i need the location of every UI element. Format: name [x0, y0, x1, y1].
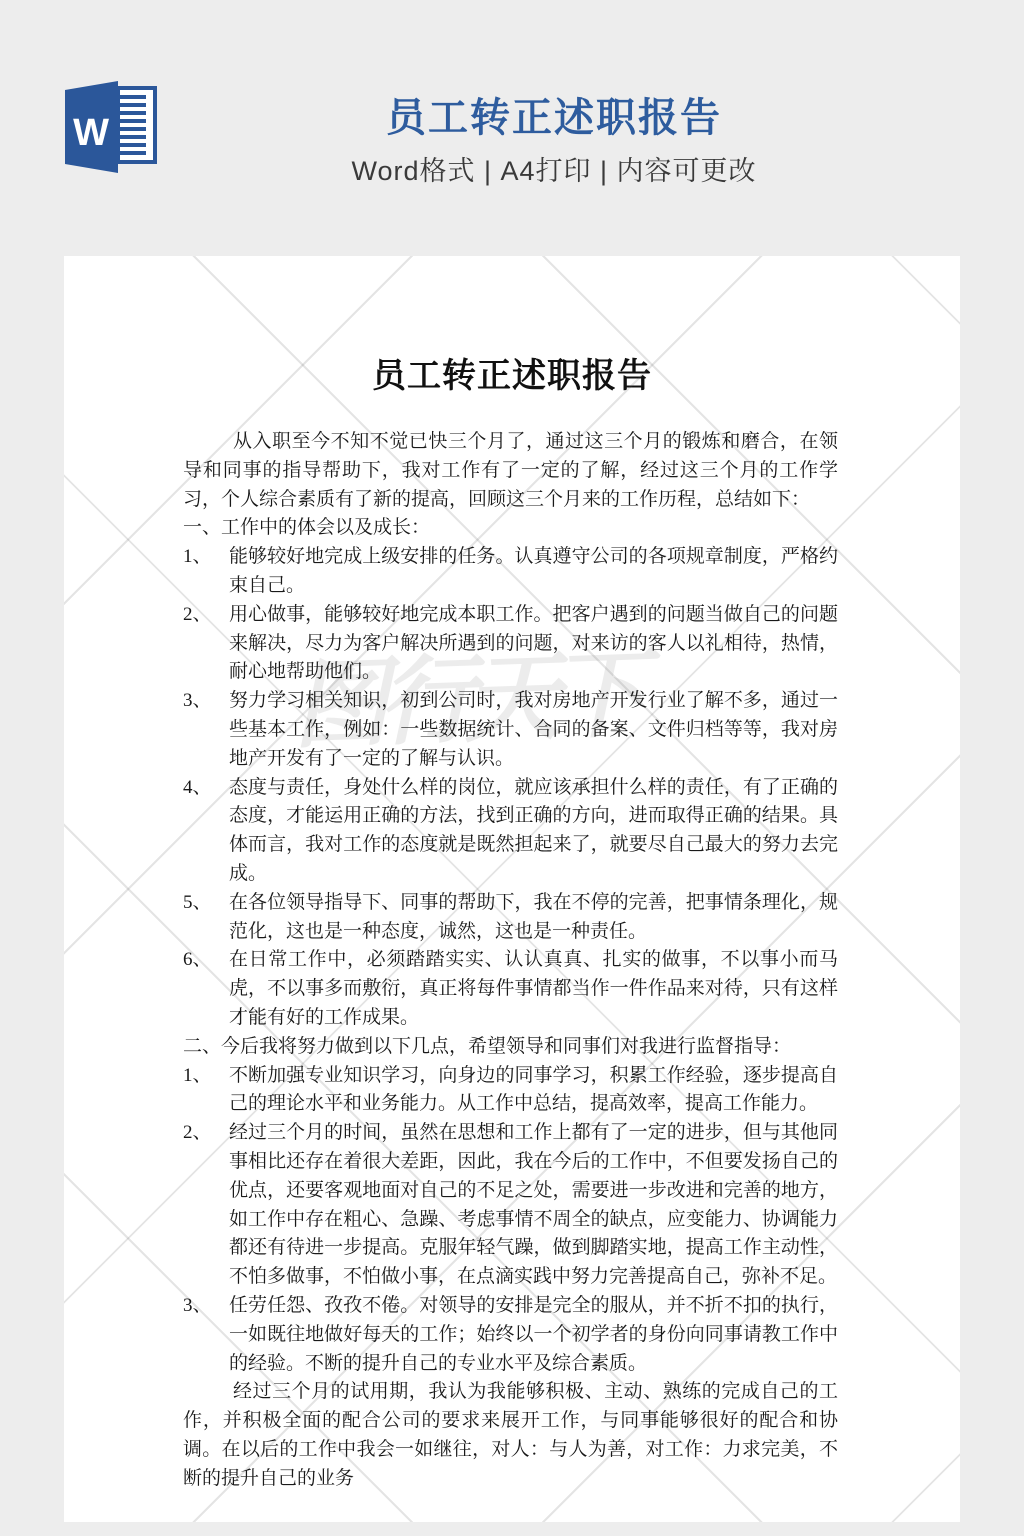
- list-item: 3、任劳任怨、孜孜不倦。对领导的安排是完全的服从，并不折不扣的执行，一如既往地做…: [183, 1292, 838, 1378]
- list-item: 6、在日常工作中，必须踏踏实实、认认真真、扎实的做事，不以事小而马虎，不以事多而…: [183, 946, 838, 1032]
- header-text: 员工转正述职报告 Word格式 | A4打印 | 内容可更改: [84, 96, 1024, 186]
- list-text: 能够较好地完成上级安排的任务。认真遵守公司的各项规章制度，严格约束自己。: [229, 546, 838, 596]
- list-text: 经过三个月的时间，虽然在思想和工作上都有了一定的进步，但与其他同事相比还存在着很…: [229, 1122, 838, 1287]
- list-item: 5、在各位领导指导下、同事的帮助下，我在不停的完善，把事情条理化，规范化，这也是…: [183, 889, 838, 947]
- list-text: 在各位领导指导下、同事的帮助下，我在不停的完善，把事情条理化，规范化，这也是一种…: [229, 892, 838, 942]
- list-number: 2、: [183, 601, 212, 630]
- list-text: 努力学习相关知识，初到公司时，我对房地产开发行业了解不多，通过一些基本工作，例如…: [229, 690, 838, 769]
- list-text: 任劳任怨、孜孜不倦。对领导的安排是完全的服从，并不折不扣的执行，一如既往地做好每…: [229, 1295, 838, 1374]
- paragraph: 经过三个月的试用期，我认为我能够积极、主动、熟练的完成自己的工作，并积极全面的配…: [183, 1378, 838, 1493]
- list-item: 2、用心做事，能够较好地完成本职工作。把客户遇到的问题当做自己的问题来解决，尽力…: [183, 601, 838, 687]
- section-heading: 一、工作中的体会以及成长：: [183, 514, 838, 543]
- document-page: 图行天下 员工转正述职报告 从入职至今不知不觉已快三个月了，通过这三个月的锻炼和…: [64, 256, 960, 1522]
- list-item: 2、经过三个月的时间，虽然在思想和工作上都有了一定的进步，但与其他同事相比还存在…: [183, 1119, 838, 1292]
- list-text: 态度与责任，身处什么样的岗位，就应该承担什么样的责任，有了正确的态度，才能运用正…: [229, 777, 838, 884]
- list-item: 1、能够较好地完成上级安排的任务。认真遵守公司的各项规章制度，严格约束自己。: [183, 543, 838, 601]
- template-preview: { "colors": { "background": "#ededed", "…: [0, 0, 1024, 1536]
- template-header: W 员工转正述职报告 Word格式 | A4打印 | 内容可更改: [0, 0, 1024, 256]
- document-body: 从入职至今不知不觉已快三个月了，通过这三个月的锻炼和磨合，在领导和同事的指导帮助…: [183, 428, 838, 1493]
- page-subtitle: Word格式 | A4打印 | 内容可更改: [84, 156, 1024, 186]
- list-item: 4、态度与责任，身处什么样的岗位，就应该承担什么样的责任，有了正确的态度，才能运…: [183, 774, 838, 889]
- list-text: 不断加强专业知识学习，向身边的同事学习，积累工作经验，逐步提高自己的理论水平和业…: [229, 1065, 838, 1115]
- list-item: 3、努力学习相关知识，初到公司时，我对房地产开发行业了解不多，通过一些基本工作，…: [183, 687, 838, 773]
- list-text: 在日常工作中，必须踏踏实实、认认真真、扎实的做事，不以事小而马虎，不以事多而敷衍…: [229, 949, 838, 1028]
- list-number: 3、: [183, 1292, 212, 1321]
- list-number: 3、: [183, 687, 212, 716]
- list-text: 用心做事，能够较好地完成本职工作。把客户遇到的问题当做自己的问题来解决，尽力为客…: [229, 604, 838, 683]
- list-number: 2、: [183, 1119, 212, 1148]
- list-number: 5、: [183, 889, 212, 918]
- paragraph: 从入职至今不知不觉已快三个月了，通过这三个月的锻炼和磨合，在领导和同事的指导帮助…: [183, 428, 838, 514]
- list-number: 1、: [183, 1062, 212, 1091]
- document-title: 员工转正述职报告: [64, 256, 960, 398]
- list-number: 4、: [183, 774, 212, 803]
- list-number: 6、: [183, 946, 212, 975]
- list-item: 1、不断加强专业知识学习，向身边的同事学习，积累工作经验，逐步提高自己的理论水平…: [183, 1062, 838, 1120]
- list-number: 1、: [183, 543, 212, 572]
- page-title: 员工转正述职报告: [84, 96, 1024, 140]
- section-heading: 二、今后我将努力做到以下几点，希望领导和同事们对我进行监督指导：: [183, 1033, 838, 1062]
